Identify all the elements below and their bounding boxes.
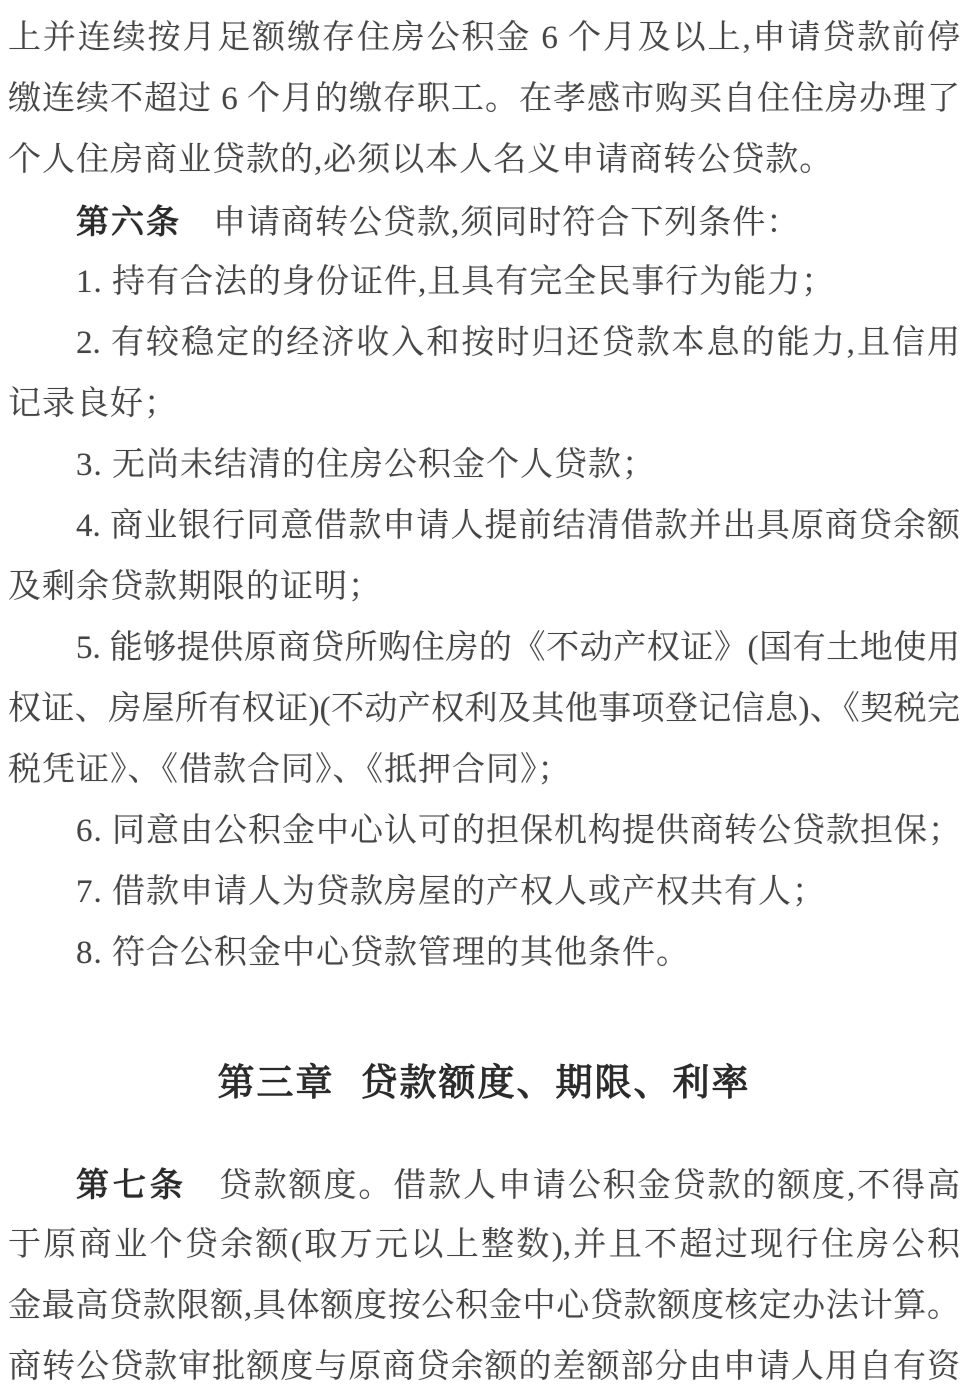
- document-page: 上并连续按月足额缴存住房公积金 6 个月及以上,申请贷款前停 缴连续不超过 6 …: [0, 0, 968, 1399]
- clause-item-4: 4. 商业银行同意借款申请人提前结清借款并出具原商贷余额: [8, 496, 960, 557]
- article-6-label: 第六条: [76, 203, 181, 240]
- document-line: 金最高贷款限额,具体额度按公积金中心贷款额度核定办法计算。: [8, 1276, 960, 1337]
- article-7-line: 第七条贷款额度。借款人申请公积金贷款的额度,不得高: [8, 1154, 960, 1215]
- clause-item-5: 5. 能够提供原商贷所购住房的《不动产权证》(国有土地使用: [8, 618, 960, 679]
- clause-item-7: 7. 借款申请人为贷款房屋的产权人或产权共有人；: [8, 862, 960, 923]
- clause-item-3: 3. 无尚未结清的住房公积金个人贷款；: [8, 435, 960, 496]
- chapter-number: 第三章: [218, 1062, 335, 1103]
- document-line: 于原商业个贷余额(取万元以上整数),并且不超过现行住房公积: [8, 1215, 960, 1276]
- document-line: 缴连续不超过 6 个月的缴存职工。在孝感市购买自住住房办理了: [8, 69, 960, 130]
- chapter-title: 贷款额度、期限、利率: [361, 1062, 751, 1103]
- clause-item-4-continuation: 及剩余贷款期限的证明；: [8, 557, 960, 618]
- document-line: 个人住房商业贷款的,必须以本人名义申请商转公贷款。: [8, 130, 960, 191]
- article-7-text: 贷款额度。借款人申请公积金贷款的额度,不得高: [219, 1168, 960, 1204]
- clause-item-2: 2. 有较稳定的经济收入和按时归还贷款本息的能力,且信用: [8, 313, 960, 374]
- clause-item-5-continuation: 税凭证》、《借款合同》、《抵押合同》；: [8, 740, 960, 801]
- clause-item-1: 1. 持有合法的身份证件,且具有完全民事行为能力；: [8, 252, 960, 313]
- clause-item-6: 6. 同意由公积金中心认可的担保机构提供商转公贷款担保；: [8, 801, 960, 862]
- clause-item-5-continuation: 权证、房屋所有权证)(不动产权利及其他事项登记信息)、《契税完: [8, 679, 960, 740]
- document-line: 商转公贷款审批额度与原商贷余额的差额部分由申请人用自有资: [8, 1337, 960, 1398]
- article-7-label: 第七条: [76, 1166, 187, 1203]
- clause-item-8: 8. 符合公积金中心贷款管理的其他条件。: [8, 923, 960, 984]
- chapter-heading: 第三章贷款额度、期限、利率: [8, 1050, 960, 1116]
- article-6-text: 申请商转公贷款,须同时符合下列条件：: [213, 205, 800, 241]
- document-line: 上并连续按月足额缴存住房公积金 6 个月及以上,申请贷款前停: [8, 8, 960, 69]
- article-6-line: 第六条申请商转公贷款,须同时符合下列条件：: [8, 191, 960, 252]
- clause-item-2-continuation: 记录良好；: [8, 374, 960, 435]
